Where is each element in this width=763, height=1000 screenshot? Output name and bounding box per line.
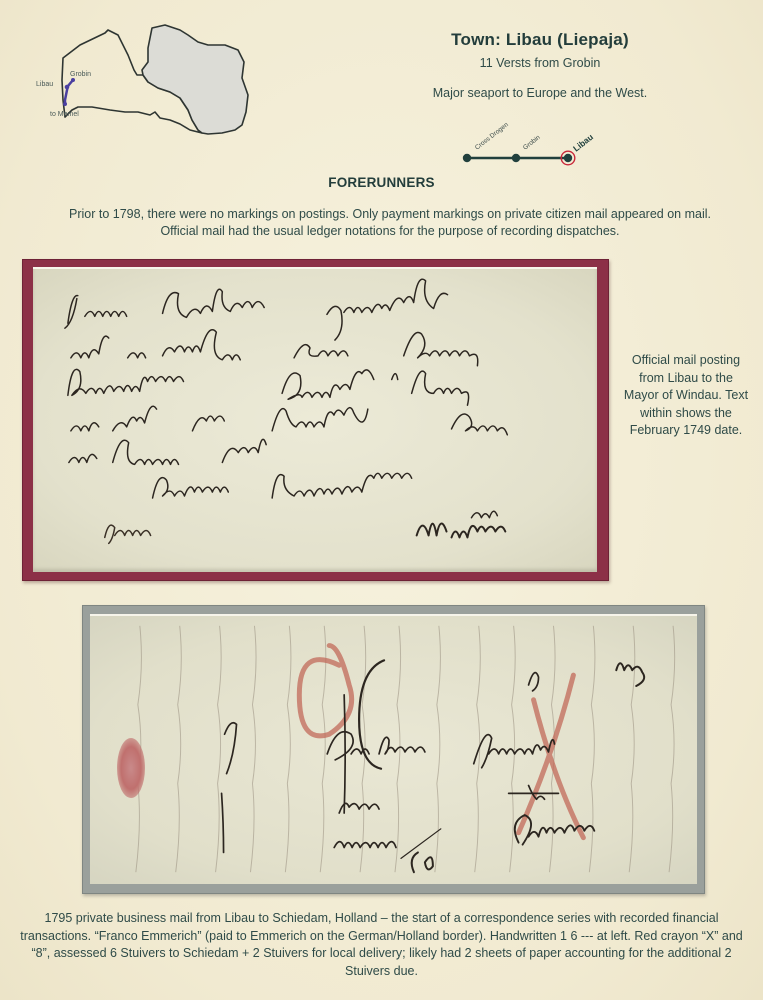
red-crayon-marks-icon bbox=[299, 646, 583, 838]
route-diagram: Cross Drogen Grobin Libau bbox=[455, 110, 605, 170]
section-heading: FORERUNNERS bbox=[0, 175, 763, 190]
station-label-cross-drogen: Cross Drogen bbox=[474, 121, 510, 151]
page-title: Town: Libau (Liepaja) bbox=[380, 30, 700, 50]
svg-text:Cross Drogen: Cross Drogen bbox=[474, 121, 510, 151]
station-label-libau: Libau bbox=[571, 132, 595, 154]
header: Town: Libau (Liepaja) 11 Versts from Gro… bbox=[380, 30, 700, 100]
handwriting-2-icon bbox=[90, 616, 697, 884]
exhibit-page: Grobin Libau to Memel Town: Libau (Liepa… bbox=[0, 0, 763, 1000]
cover-2-mount bbox=[82, 605, 705, 894]
station-grobin-icon bbox=[512, 154, 520, 162]
cover-1-image bbox=[33, 267, 597, 572]
map-label-memel: to Memel bbox=[50, 111, 79, 118]
cover-2-caption: 1795 private business mail from Libau to… bbox=[20, 910, 743, 980]
handwriting-1-icon bbox=[33, 269, 597, 572]
svg-text:Grobin: Grobin bbox=[522, 134, 542, 152]
map-label-grobin: Grobin bbox=[70, 71, 91, 78]
town-description: Major seaport to Europe and the West. bbox=[380, 86, 700, 100]
station-label-grobin: Grobin bbox=[522, 134, 542, 152]
station-libau-icon bbox=[564, 154, 572, 162]
station-cross-drogen-icon bbox=[463, 154, 471, 162]
section-intro: Prior to 1798, there were no markings on… bbox=[60, 206, 720, 240]
map-label-libau: Libau bbox=[36, 81, 53, 88]
cover-2-image bbox=[90, 614, 697, 884]
latvia-map: Grobin Libau to Memel bbox=[30, 20, 255, 140]
cover-1-mount bbox=[22, 259, 609, 581]
cover-1-caption: Official mail posting from Libau to the … bbox=[622, 352, 750, 440]
distance-note: 11 Versts from Grobin bbox=[380, 56, 700, 70]
map-outline-icon bbox=[30, 20, 255, 140]
svg-text:Libau: Libau bbox=[571, 132, 595, 154]
wax-seal-remnant bbox=[117, 738, 145, 798]
